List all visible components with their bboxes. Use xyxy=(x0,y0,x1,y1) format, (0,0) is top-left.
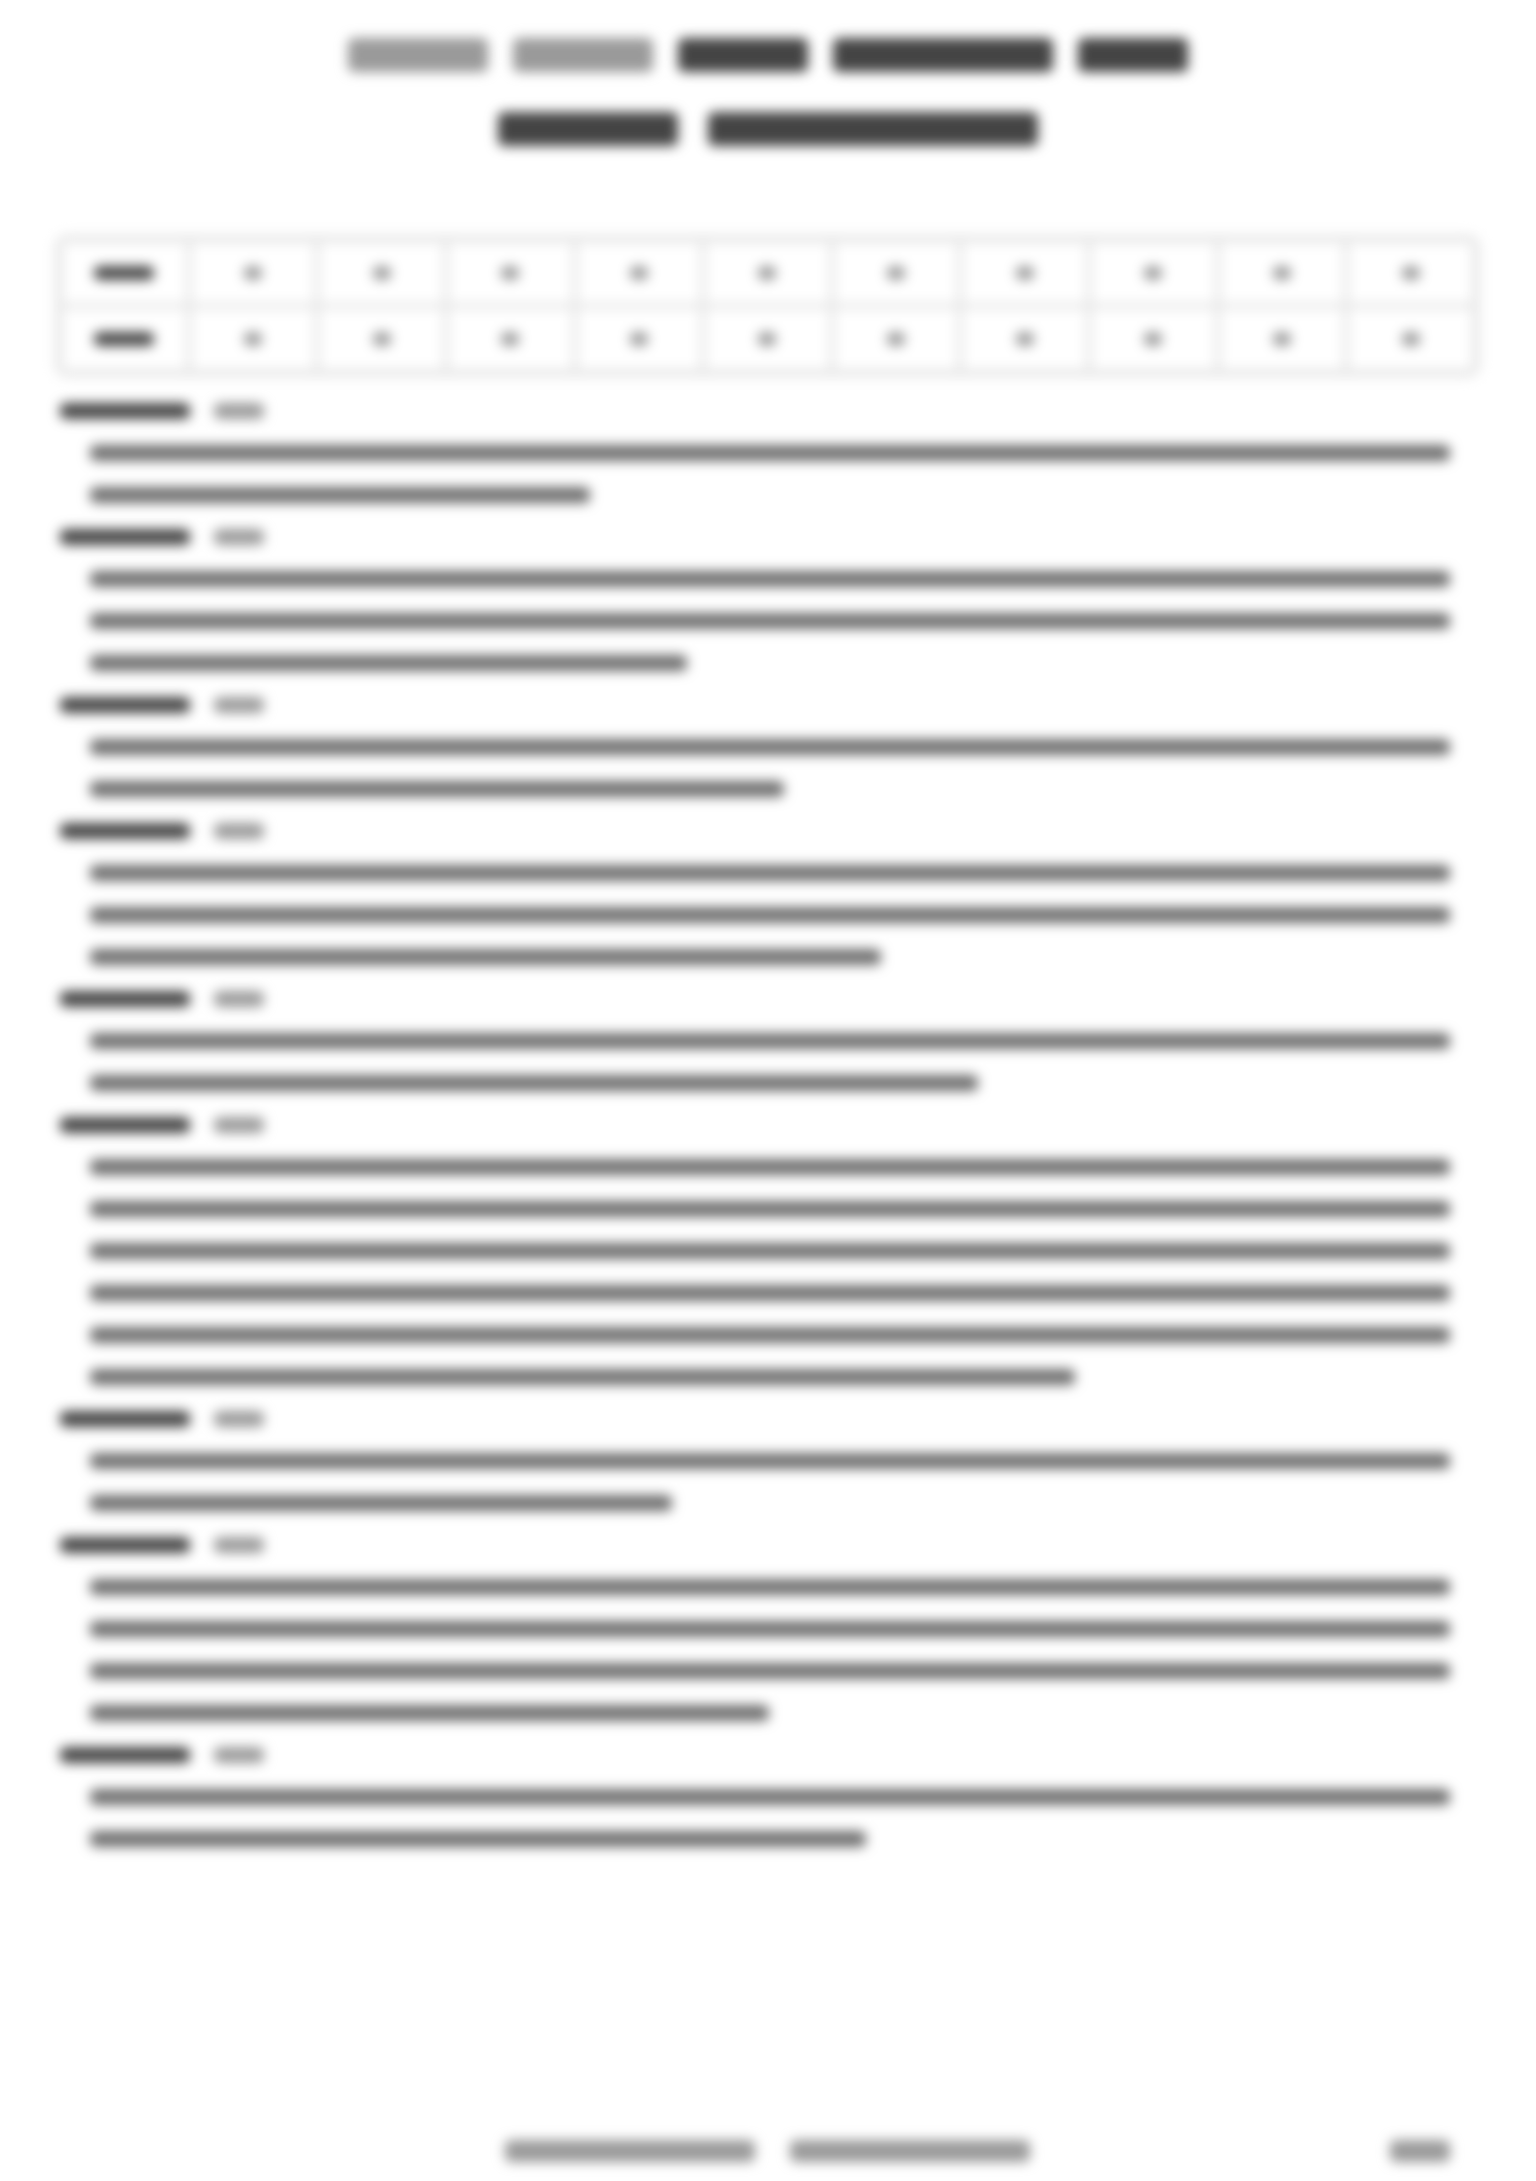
explanation-line xyxy=(60,1062,1480,1104)
table-cell xyxy=(449,243,572,303)
explanation-line xyxy=(60,894,1480,936)
explanation-line xyxy=(60,600,1480,642)
table-cell xyxy=(835,243,958,303)
explanation-line xyxy=(60,474,1480,516)
explanation-line xyxy=(60,1482,1480,1524)
explanation-line xyxy=(60,1314,1480,1356)
explanation-line xyxy=(60,432,1480,474)
document-title xyxy=(0,38,1536,76)
table-cell xyxy=(963,309,1086,369)
question-heading xyxy=(60,516,1480,558)
explanation-line xyxy=(60,1608,1480,1650)
question-heading xyxy=(60,390,1480,432)
table-cell xyxy=(1221,309,1344,369)
explanation-line xyxy=(60,1776,1480,1818)
explanation-line xyxy=(60,1020,1480,1062)
table-cell xyxy=(320,309,443,369)
table-cell xyxy=(706,309,829,369)
answer-table xyxy=(55,235,1480,377)
table-cell xyxy=(578,309,701,369)
explanation-line xyxy=(60,768,1480,810)
table-cell xyxy=(578,243,701,303)
question-heading xyxy=(60,1104,1480,1146)
explanation-line xyxy=(60,1566,1480,1608)
explanation-line xyxy=(60,1818,1480,1860)
table-cell xyxy=(449,309,572,369)
explanation-line xyxy=(60,726,1480,768)
question-heading xyxy=(60,810,1480,852)
question-heading xyxy=(60,684,1480,726)
table-cell xyxy=(192,309,315,369)
question-heading xyxy=(60,1734,1480,1776)
table-cell xyxy=(1221,243,1344,303)
explanation-line xyxy=(60,642,1480,684)
explanation-line xyxy=(60,1188,1480,1230)
table-cell xyxy=(1349,309,1472,369)
question-heading xyxy=(60,1524,1480,1566)
explanation-line xyxy=(60,936,1480,978)
document-subtitle xyxy=(0,112,1536,150)
table-row-header xyxy=(63,309,186,369)
explanation-body xyxy=(60,390,1480,1860)
explanation-line xyxy=(60,1230,1480,1272)
explanation-line xyxy=(60,1356,1480,1398)
table-cell xyxy=(320,243,443,303)
table-cell xyxy=(1349,243,1472,303)
table-cell xyxy=(835,309,958,369)
table-cell xyxy=(706,243,829,303)
explanation-line xyxy=(60,1692,1480,1734)
explanation-line xyxy=(60,1440,1480,1482)
explanation-line xyxy=(60,558,1480,600)
explanation-line xyxy=(60,1146,1480,1188)
table-cell xyxy=(1092,309,1215,369)
explanation-line xyxy=(60,1272,1480,1314)
question-heading xyxy=(60,1398,1480,1440)
table-row-header xyxy=(63,243,186,303)
table-cell xyxy=(192,243,315,303)
question-heading xyxy=(60,978,1480,1020)
explanation-line xyxy=(60,852,1480,894)
explanation-line xyxy=(60,1650,1480,1692)
table-cell xyxy=(963,243,1086,303)
table-cell xyxy=(1092,243,1215,303)
